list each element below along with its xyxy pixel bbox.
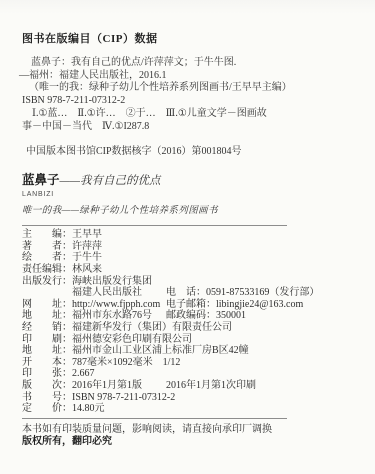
row-right-value: 0591-87533169（发行部）: [206, 287, 319, 298]
cip-registry-number: 中国版本图书馆CIP数据核字（2016）第001804号: [22, 142, 355, 157]
book-title-subtitle: ——我有自己的优点: [60, 175, 161, 187]
row-value: 787毫米×1092毫米 1/12: [72, 357, 180, 368]
colophon-row: 地 址：福州市东水路76号邮政编码：350001: [22, 310, 355, 322]
colophon-row: 出版发行：海峡出版发行集团: [22, 276, 355, 288]
colophon-row: 版 次：2016年1月第1版2016年1月第1次印刷: [22, 380, 355, 392]
colophon-row: 开 本：787毫米×1092毫米 1/12: [22, 357, 355, 369]
row-value: ISBN 978-7-211-07312-2: [72, 392, 175, 403]
row-label: 地 址：: [22, 310, 72, 321]
row-label: 主 编：: [22, 229, 72, 240]
series-title: 唯一的我——绿种子幼儿个性培养系列图画书: [22, 202, 355, 216]
cip-line: ISBN 978-7-211-07312-2: [22, 95, 355, 108]
colophon-row: 绘 者：于牛牛: [22, 252, 355, 264]
row-label: 印 刷：: [22, 334, 72, 345]
colophon-row: 著 者：许萍萍: [22, 241, 355, 253]
colophon-table: 主 编：王早早著 者：许萍萍绘 者：于牛牛责任编辑：林风来出版发行：海峡出版发行…: [22, 229, 355, 415]
colophon-row: 经 销：福建新华发行（集团）有限责任公司: [22, 322, 355, 334]
colophon-page: 图书在版编目（CIP）数据 蓝鼻子：我有自己的优点/许萍萍文；于牛牛图. —福州…: [0, 0, 375, 474]
row-right-value: 350001: [216, 310, 246, 321]
row-label: 书 号：: [22, 392, 72, 403]
footer-block: 本书如有印装质量问题，影响阅读，请直接向承印厂调换 版权所有，翻印必究: [22, 424, 355, 448]
colophon-row: 主 编：王早早: [22, 229, 355, 241]
cip-header: 图书在版编目（CIP）数据: [22, 30, 355, 46]
colophon-row: 责任编辑：林风来: [22, 264, 355, 276]
row-value: 14.80元: [72, 403, 105, 414]
row-value: 福建人民出版社: [22, 287, 142, 298]
row-value: 福建新华发行（集团）有限责任公司: [72, 322, 232, 333]
row-right-column: 电子邮箱：libingjie24@163.com: [166, 299, 303, 311]
row-label: 绘 者：: [22, 252, 72, 263]
cip-line: 事－中国－当代 Ⅳ.①I287.8: [22, 121, 355, 134]
cip-line: （唯一的我：绿种子幼儿个性培养系列图画书/王早早主编）: [22, 82, 355, 95]
row-value: 许萍萍: [72, 241, 102, 252]
cip-block: 蓝鼻子：我有自己的优点/许萍萍文；于牛牛图. —福州：福建人民出版社，2016.…: [22, 57, 355, 133]
row-right-column: 电 话：0591-87533169（发行部）: [166, 287, 319, 299]
row-value: 福州市金山工业区浦上标准厂房B区42幢: [72, 345, 249, 356]
book-title: 蓝鼻子——我有自己的优点: [22, 173, 355, 188]
row-value: http://www.fjpph.com: [72, 299, 160, 310]
row-label: 版 次：: [22, 380, 72, 391]
row-value: 于牛牛: [72, 252, 102, 263]
row-value: 福州德安彩色印刷有限公司: [72, 334, 192, 345]
row-right-column: 2016年1月第1次印刷: [166, 380, 256, 392]
copyright-notice: 版权所有，翻印必究: [22, 436, 355, 448]
row-right-label: 邮政编码：: [166, 310, 216, 321]
row-label: 开 本：: [22, 357, 72, 368]
colophon-row: 印 刷：福州德安彩色印刷有限公司: [22, 334, 355, 346]
row-label: 出版发行：: [22, 276, 72, 287]
colophon-row: 定 价：14.80元: [22, 403, 355, 415]
row-label: 印 张：: [22, 368, 72, 379]
cip-line: —福州：福建人民出版社，2016.1: [19, 70, 355, 83]
row-right-label: 电子邮箱：: [166, 299, 216, 310]
divider-rule-bottom: [22, 418, 287, 419]
colophon-row: 网 址：http://www.fjpph.com电子邮箱：libingjie24…: [22, 299, 355, 311]
row-value: 2.667: [72, 368, 95, 379]
row-label: 著 者：: [22, 241, 72, 252]
page-content: 图书在版编目（CIP）数据 蓝鼻子：我有自己的优点/许萍萍文；于牛牛图. —福州…: [22, 30, 355, 447]
book-title-block: 蓝鼻子——我有自己的优点 LANBIZI 唯一的我——绿种子幼儿个性培养系列图画…: [22, 173, 355, 216]
row-label: 网 址：: [22, 299, 72, 310]
row-label: 经 销：: [22, 322, 72, 333]
row-label: 地 址：: [22, 345, 72, 356]
row-right-value: libingjie24@163.com: [216, 299, 303, 310]
row-right-value: 2016年1月第1次印刷: [166, 380, 256, 391]
row-value: 福州市东水路76号: [72, 310, 152, 321]
row-label: 责任编辑：: [22, 264, 72, 275]
row-value: 海峡出版发行集团: [72, 276, 152, 287]
book-title-romanized: LANBIZI: [22, 191, 355, 198]
row-right-column: 邮政编码：350001: [166, 310, 246, 322]
row-value: 2016年1月第1版: [72, 380, 142, 391]
colophon-row: 书 号：ISBN 978-7-211-07312-2: [22, 392, 355, 404]
cip-line: Ⅰ.①蓝… Ⅱ.①许… ②于… Ⅲ.①儿童文学－图画故: [22, 108, 355, 121]
book-title-main: 蓝鼻子: [22, 173, 60, 187]
colophon-row: 地 址：福州市金山工业区浦上标准厂房B区42幢: [22, 345, 355, 357]
colophon-row: 印 张：2.667: [22, 368, 355, 380]
row-label: 定 价：: [22, 403, 72, 414]
print-quality-notice: 本书如有印装质量问题，影响阅读，请直接向承印厂调换: [22, 424, 355, 436]
row-value: 王早早: [72, 229, 102, 240]
row-right-label: 电 话：: [166, 287, 206, 298]
colophon-row: 福建人民出版社电 话：0591-87533169（发行部）: [22, 287, 355, 299]
divider-rule-top: [22, 225, 287, 226]
cip-line: 蓝鼻子：我有自己的优点/许萍萍文；于牛牛图.: [22, 57, 355, 70]
row-value: 林风来: [72, 264, 102, 275]
